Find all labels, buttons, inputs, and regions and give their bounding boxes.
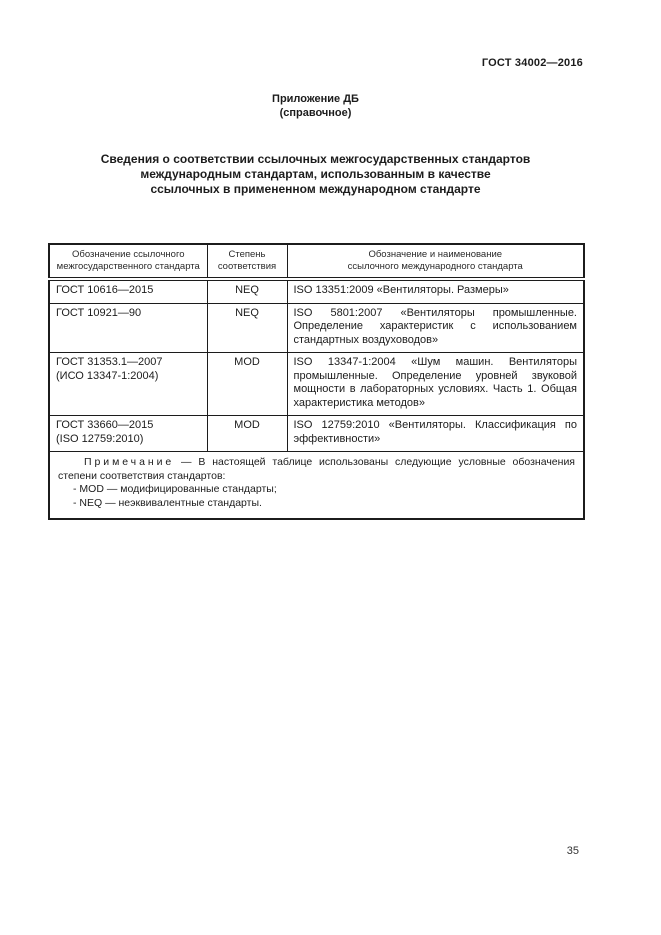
header-intl-designation: Обозначение и наименование ссылочного ме… bbox=[287, 244, 584, 279]
header-line: Обозначение и наименование bbox=[292, 249, 580, 261]
cell-intl-standard: ISO 5801:2007 «Вентиляторы промышленные.… bbox=[287, 303, 584, 353]
page-number: 35 bbox=[48, 845, 579, 857]
table-row: ГОСТ 10921—90 NEQ ISO 5801:2007 «Вентиля… bbox=[49, 303, 584, 353]
cell-gost-code: ГОСТ 10616—2015 bbox=[49, 279, 207, 303]
note-paragraph: Примечание — В настоящей таблице использ… bbox=[58, 456, 575, 483]
annex-label: Приложение ДБ bbox=[48, 92, 583, 106]
cell-gost-code: ГОСТ 31353.1—2007 (ИСО 13347-1:2004) bbox=[49, 353, 207, 416]
cell-degree: MOD bbox=[207, 353, 287, 416]
annex-type: (справочное) bbox=[48, 106, 583, 120]
note-item: - MOD — модифицированные стандарты; bbox=[73, 483, 575, 497]
table-note-row: Примечание — В настоящей таблице использ… bbox=[49, 452, 584, 520]
standard-reference-header: ГОСТ 34002—2016 bbox=[48, 57, 583, 69]
document-title: Сведения о соответствии ссылочных межгос… bbox=[48, 152, 583, 197]
title-line: Сведения о соответствии ссылочных межгос… bbox=[48, 152, 583, 167]
cell-degree: NEQ bbox=[207, 279, 287, 303]
standards-correspondence-table: Обозначение ссылочного межгосударственно… bbox=[48, 243, 585, 520]
header-gost-designation: Обозначение ссылочного межгосударственно… bbox=[49, 244, 207, 279]
title-line: международным стандартам, использованным… bbox=[48, 167, 583, 182]
cell-gost-code: ГОСТ 33660—2015 (ISO 12759:2010) bbox=[49, 416, 207, 452]
note-label: Примечание bbox=[84, 456, 174, 468]
table-row: ГОСТ 10616—2015 NEQ ISO 13351:2009 «Вент… bbox=[49, 279, 584, 303]
header-line: ссылочного международного стандарта bbox=[292, 261, 580, 273]
header-degree: Степень соответствия bbox=[207, 244, 287, 279]
header-line: межгосударственного стандарта bbox=[54, 261, 203, 273]
header-line: Степень bbox=[212, 249, 283, 261]
cell-gost-code: ГОСТ 10921—90 bbox=[49, 303, 207, 353]
note-item: - NEQ — неэквивалентные стандарты. bbox=[73, 497, 575, 511]
cell-intl-standard: ISO 13351:2009 «Вентиляторы. Размеры» bbox=[287, 279, 584, 303]
table-row: ГОСТ 31353.1—2007 (ИСО 13347-1:2004) MOD… bbox=[49, 353, 584, 416]
document-page: ГОСТ 34002—2016 Приложение ДБ (справочно… bbox=[0, 0, 661, 935]
cell-degree: MOD bbox=[207, 416, 287, 452]
annex-heading: Приложение ДБ (справочное) bbox=[48, 92, 583, 120]
cell-intl-standard: ISO 13347-1:2004 «Шум машин. Вентиляторы… bbox=[287, 353, 584, 416]
title-line: ссылочных в примененном международном ст… bbox=[48, 182, 583, 197]
header-line: соответствия bbox=[212, 261, 283, 273]
cell-degree: NEQ bbox=[207, 303, 287, 353]
cell-intl-standard: ISO 12759:2010 «Вентиляторы. Классификац… bbox=[287, 416, 584, 452]
table-row: ГОСТ 33660—2015 (ISO 12759:2010) MOD ISO… bbox=[49, 416, 584, 452]
header-line: Обозначение ссылочного bbox=[54, 249, 203, 261]
table-header-row: Обозначение ссылочного межгосударственно… bbox=[49, 244, 584, 279]
table-note: Примечание — В настоящей таблице использ… bbox=[49, 452, 584, 520]
